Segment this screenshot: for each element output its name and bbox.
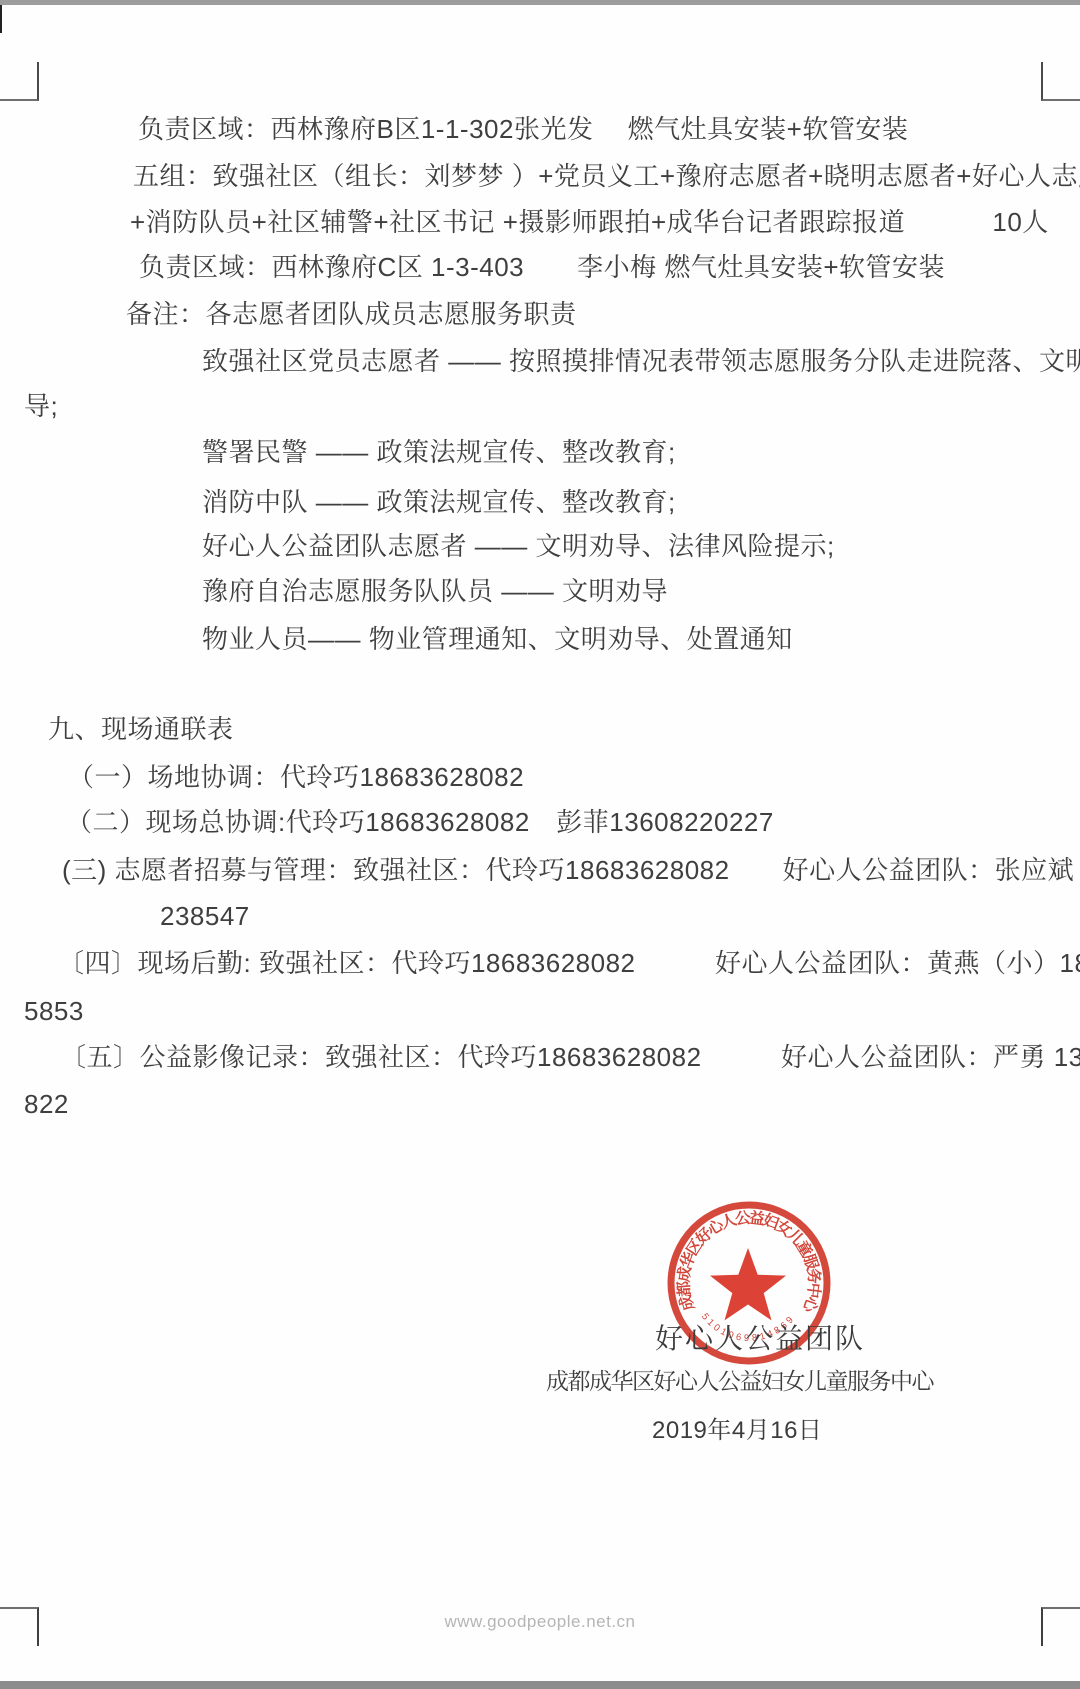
doc-line-fire-squad: 消防中队 —— 政策法规宣传、整改教育; [202,487,676,517]
signature-team-name: 好心人公益团队 [655,1317,865,1357]
top-edge-bar [0,0,1080,5]
doc-line-property-staff: 物业人员—— 物业管理通知、文明劝导、处置通知 [202,624,793,654]
doc-line-group-five-cont: +消防队员+社区辅警+社区书记 +摄影师跟拍+成华台记者跟踪报道 10人 [130,207,1049,237]
doc-contact-4: 〔四〕现场后勤: 致强社区：代玲巧18683628082 好心人公益团队：黄燕（… [58,948,1080,978]
seal-star-icon [710,1248,786,1320]
bottom-edge-bar [0,1681,1080,1689]
scanned-document-page: 负责区域：西林豫府B区1-1-302张光发 燃气灶具安装+软管安装 五组：致强社… [0,0,1080,1689]
doc-contact-3: (三) 志愿者招募与管理：致强社区：代玲巧18683628082 好心人公益团队… [62,855,1080,885]
doc-contact-5: 〔五〕公益影像记录：致强社区：代玲巧18683628082 好心人公益团队：严勇… [60,1042,1080,1072]
doc-contact-4-cont: 5853 [24,996,84,1026]
doc-line-remark-title: 备注：各志愿者团队成员志愿服务职责 [126,299,577,329]
corner-mark-top-left [0,62,39,101]
doc-contact-2: （二）现场总协调:代玲巧18683628082 彭菲13608220227 [66,807,774,837]
doc-contact-1: （一）场地协调：代玲巧18683628082 [68,762,524,792]
doc-line-wrap-dao: 导; [24,391,58,421]
doc-line-kind-volunteers: 好心人公益团队志愿者 —— 文明劝导、法律风险提示; [202,531,835,561]
doc-line-yufu-volunteers: 豫府自治志愿服务队队员 —— 文明劝导 [202,576,668,606]
corner-mark-top-right [1041,62,1080,101]
corner-mark-bottom-right [1041,1607,1080,1646]
doc-section-nine-title: 九、现场通联表 [48,714,234,744]
doc-contact-3-cont: 238547 [160,901,250,931]
signature-date: 2019年4月16日 [652,1410,822,1445]
doc-line-duty-area-b: 负责区域：西林豫府B区1-1-302张光发 燃气灶具安装+软管安装 [138,114,908,144]
signature-org-name: 成都成华区好心人公益妇女儿童服务中心 [546,1363,933,1396]
doc-line-duty-area-c: 负责区域：西林豫府C区 1-3-403 李小梅 燃气灶具安装+软管安装 [139,252,945,282]
doc-line-party-volunteers: 致强社区党员志愿者 —— 按照摸排情况表带领志愿服务分队走进院落、文明劝 [202,346,1080,376]
doc-contact-5-cont: 822 [24,1089,69,1119]
left-edge-mark [0,5,2,33]
watermark-url: www.goodpeople.net.cn [444,1612,635,1632]
doc-line-group-five: 五组：致强社区（组长：刘梦梦 ）+党员义工+豫府志愿者+晓明志愿者+好心人志愿者 [133,161,1080,191]
doc-line-police: 警署民警 —— 政策法规宣传、整改教育; [202,437,676,467]
corner-mark-bottom-left [0,1607,39,1646]
